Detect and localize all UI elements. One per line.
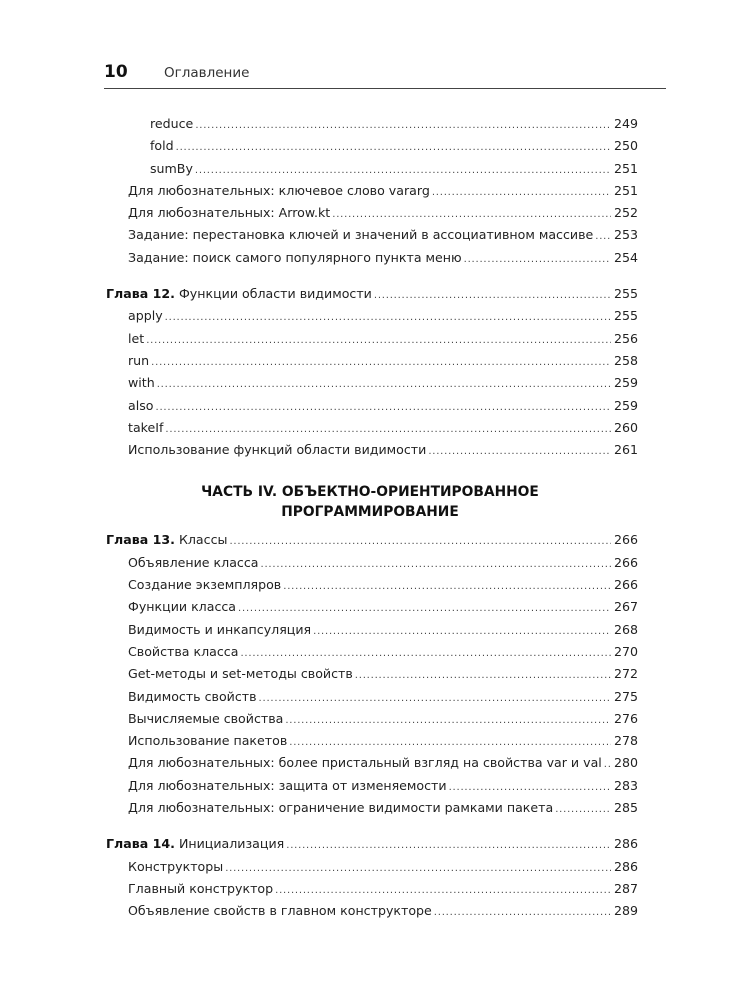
dot-leader — [195, 165, 611, 176]
dot-leader — [428, 446, 611, 457]
toc-entry[interactable]: Вычисляемые свойства276 — [106, 711, 638, 733]
toc-entry[interactable]: Использование пакетов278 — [106, 733, 638, 755]
toc-entry[interactable]: Видимость свойств275 — [106, 689, 638, 711]
dot-leader — [313, 626, 611, 637]
toc-entry-label: Использование функций области видимости — [128, 442, 428, 457]
toc-entry[interactable]: Для любознательных: ограничение видимост… — [106, 800, 638, 822]
dot-leader — [432, 187, 611, 198]
toc-page-number: 283 — [611, 778, 638, 793]
toc-entry-label: Для любознательных: защита от изменяемос… — [128, 778, 449, 793]
dot-leader — [165, 312, 611, 323]
toc-entry[interactable]: Для любознательных: Arrow.kt252 — [106, 205, 638, 227]
toc-page-number: 289 — [611, 903, 638, 918]
toc-chapter-entry[interactable]: Глава 12. Функции области видимости255 — [106, 286, 638, 308]
toc-entry-label: Конструкторы — [128, 859, 225, 874]
page-header: 10 Оглавление — [104, 62, 666, 89]
dot-leader — [464, 254, 611, 265]
dot-leader — [176, 142, 611, 153]
dot-leader — [555, 804, 611, 815]
dot-leader — [260, 559, 611, 570]
dot-leader — [286, 840, 611, 851]
dot-leader — [355, 670, 611, 681]
toc-entry[interactable]: Для любознательных: более пристальный вз… — [106, 755, 638, 777]
toc-entry-label: with — [128, 375, 157, 390]
toc-page-number: 255 — [611, 286, 638, 301]
toc-page-number: 266 — [611, 532, 638, 547]
toc-entry[interactable]: Get-методы и set-методы свойств272 — [106, 666, 638, 688]
toc-entry-label: takeIf — [128, 420, 165, 435]
toc-page-number: 278 — [611, 733, 638, 748]
toc-entry[interactable]: Задание: поиск самого популярного пункта… — [106, 250, 638, 272]
toc-page-number: 256 — [611, 331, 638, 346]
toc-entry-label: Видимость свойств — [128, 689, 259, 704]
toc-entry-label: Задание: перестановка ключей и значений … — [128, 227, 595, 242]
toc-page-number: 251 — [611, 161, 638, 176]
toc-page-number: 261 — [611, 442, 638, 457]
dot-leader — [259, 693, 611, 704]
dot-leader — [285, 715, 611, 726]
chapter-title: Классы — [179, 532, 228, 547]
dot-leader — [374, 290, 611, 301]
toc-entry-label: Задание: поиск самого популярного пункта… — [128, 250, 464, 265]
toc-chapter-13: Глава 13. Классы266Объявление класса266С… — [106, 532, 638, 822]
toc-entry-label: Видимость и инкапсуляция — [128, 622, 313, 637]
toc-chapter-14: Глава 14. Инициализация286Конструкторы28… — [106, 836, 638, 925]
toc-page-number: 270 — [611, 644, 638, 659]
dot-leader — [195, 120, 611, 131]
part-heading-line2: ПРОГРАММИРОВАНИЕ — [102, 502, 638, 522]
toc-page-number: 276 — [611, 711, 638, 726]
toc-entry[interactable]: apply255 — [106, 308, 638, 330]
toc-page-number: 287 — [611, 881, 638, 896]
toc-entry-label: Глава 13. Классы — [106, 532, 229, 547]
toc-entry-label: Get-методы и set-методы свойств — [128, 666, 355, 681]
toc-entry-label: let — [128, 331, 146, 346]
toc-entry-label: run — [128, 353, 151, 368]
page-number: 10 — [104, 62, 128, 82]
toc-page-number: 252 — [611, 205, 638, 220]
toc-chapter-entry[interactable]: Глава 14. Инициализация286 — [106, 836, 638, 858]
chapter-title: Инициализация — [179, 836, 284, 851]
toc-entry-label: Функции класса — [128, 599, 238, 614]
table-of-contents: reduce249fold250sumBy251Для любознательн… — [106, 116, 638, 926]
toc-entry-label: Использование пакетов — [128, 733, 289, 748]
toc-page-number: 259 — [611, 398, 638, 413]
toc-section-continued: reduce249fold250sumBy251Для любознательн… — [106, 116, 638, 272]
toc-entry-label: fold — [150, 138, 176, 153]
dot-leader — [155, 402, 611, 413]
part-heading-line1: ЧАСТЬ IV. ОБЪЕКТНО-ОРИЕНТИРОВАННОЕ — [102, 482, 638, 502]
toc-entry[interactable]: fold250 — [106, 138, 638, 160]
dot-leader — [604, 759, 611, 770]
toc-entry-label: Объявление класса — [128, 555, 260, 570]
toc-entry-label: Для любознательных: ключевое слово varar… — [128, 183, 432, 198]
toc-page-number: 285 — [611, 800, 638, 815]
toc-entry[interactable]: Для любознательных: ключевое слово varar… — [106, 183, 638, 205]
toc-entry[interactable]: let256 — [106, 331, 638, 353]
chapter-number: Глава 14. — [106, 836, 175, 851]
toc-entry[interactable]: Создание экземпляров266 — [106, 577, 638, 599]
dot-leader — [595, 231, 611, 242]
toc-entry-label: reduce — [150, 116, 195, 131]
toc-entry[interactable]: Конструкторы286 — [106, 859, 638, 881]
dot-leader — [332, 209, 611, 220]
toc-page-number: 259 — [611, 375, 638, 390]
toc-entry[interactable]: Использование функций области видимости2… — [106, 442, 638, 464]
toc-entry-label: Для любознательных: Arrow.kt — [128, 205, 332, 220]
toc-entry-label: Глава 14. Инициализация — [106, 836, 286, 851]
dot-leader — [275, 885, 611, 896]
dot-leader — [238, 603, 611, 614]
toc-entry-label: sumBy — [150, 161, 195, 176]
chapter-title: Функции области видимости — [179, 286, 372, 301]
toc-page-number: 250 — [611, 138, 638, 153]
toc-page-number: 272 — [611, 666, 638, 681]
toc-entry[interactable]: also259 — [106, 398, 638, 420]
toc-page-number: 267 — [611, 599, 638, 614]
toc-entry[interactable]: Для любознательных: защита от изменяемос… — [106, 778, 638, 800]
toc-page-number: 254 — [611, 250, 638, 265]
dot-leader — [146, 335, 611, 346]
toc-entry[interactable]: Функции класса267 — [106, 599, 638, 621]
toc-page-number: 266 — [611, 555, 638, 570]
toc-entry[interactable]: with259 — [106, 375, 638, 397]
toc-entry-label: Главный конструктор — [128, 881, 275, 896]
toc-entry[interactable]: Видимость и инкапсуляция268 — [106, 622, 638, 644]
toc-page-number: 275 — [611, 689, 638, 704]
toc-page-number: 286 — [611, 836, 638, 851]
toc-page-number: 260 — [611, 420, 638, 435]
chapter-number: Глава 12. — [106, 286, 175, 301]
toc-chapter-entry[interactable]: Глава 13. Классы266 — [106, 532, 638, 554]
toc-entry[interactable]: run258 — [106, 353, 638, 375]
dot-leader — [165, 424, 611, 435]
toc-page-number: 251 — [611, 183, 638, 198]
toc-entry-label: apply — [128, 308, 165, 323]
toc-page-number: 255 — [611, 308, 638, 323]
toc-entry[interactable]: sumBy251 — [106, 161, 638, 183]
dot-leader — [449, 782, 611, 793]
toc-entry-label: Для любознательных: ограничение видимост… — [128, 800, 555, 815]
toc-entry-label: Глава 12. Функции области видимости — [106, 286, 374, 301]
running-title: Оглавление — [164, 65, 249, 81]
toc-entry-label: Свойства класса — [128, 644, 240, 659]
toc-entry-label: also — [128, 398, 155, 413]
toc-entry[interactable]: Главный конструктор287 — [106, 881, 638, 903]
dot-leader — [283, 581, 611, 592]
toc-page-number: 253 — [611, 227, 638, 242]
toc-page-number: 268 — [611, 622, 638, 637]
part-heading: ЧАСТЬ IV. ОБЪЕКТНО-ОРИЕНТИРОВАННОЕ ПРОГР… — [102, 464, 638, 532]
toc-page-number: 258 — [611, 353, 638, 368]
toc-page-number: 266 — [611, 577, 638, 592]
toc-page-number: 249 — [611, 116, 638, 131]
toc-entry[interactable]: takeIf260 — [106, 420, 638, 442]
toc-page-number: 286 — [611, 859, 638, 874]
dot-leader — [289, 737, 611, 748]
toc-entry[interactable]: reduce249 — [106, 116, 638, 138]
toc-entry[interactable]: Объявление класса266 — [106, 555, 638, 577]
dot-leader — [240, 648, 611, 659]
toc-chapter-12: Глава 12. Функции области видимости255ap… — [106, 286, 638, 464]
toc-entry-label: Вычисляемые свойства — [128, 711, 285, 726]
toc-entry[interactable]: Задание: перестановка ключей и значений … — [106, 227, 638, 249]
toc-entry-label: Создание экземпляров — [128, 577, 283, 592]
toc-entry[interactable]: Свойства класса270 — [106, 644, 638, 666]
toc-entry-label: Для любознательных: более пристальный вз… — [128, 755, 604, 770]
chapter-number: Глава 13. — [106, 532, 175, 547]
dot-leader — [434, 907, 611, 918]
dot-leader — [229, 536, 611, 547]
dot-leader — [157, 379, 611, 390]
toc-entry-label: Объявление свойств в главном конструктор… — [128, 903, 434, 918]
toc-entry[interactable]: Объявление свойств в главном конструктор… — [106, 903, 638, 925]
toc-page-number: 280 — [611, 755, 638, 770]
dot-leader — [225, 863, 611, 874]
dot-leader — [151, 357, 611, 368]
